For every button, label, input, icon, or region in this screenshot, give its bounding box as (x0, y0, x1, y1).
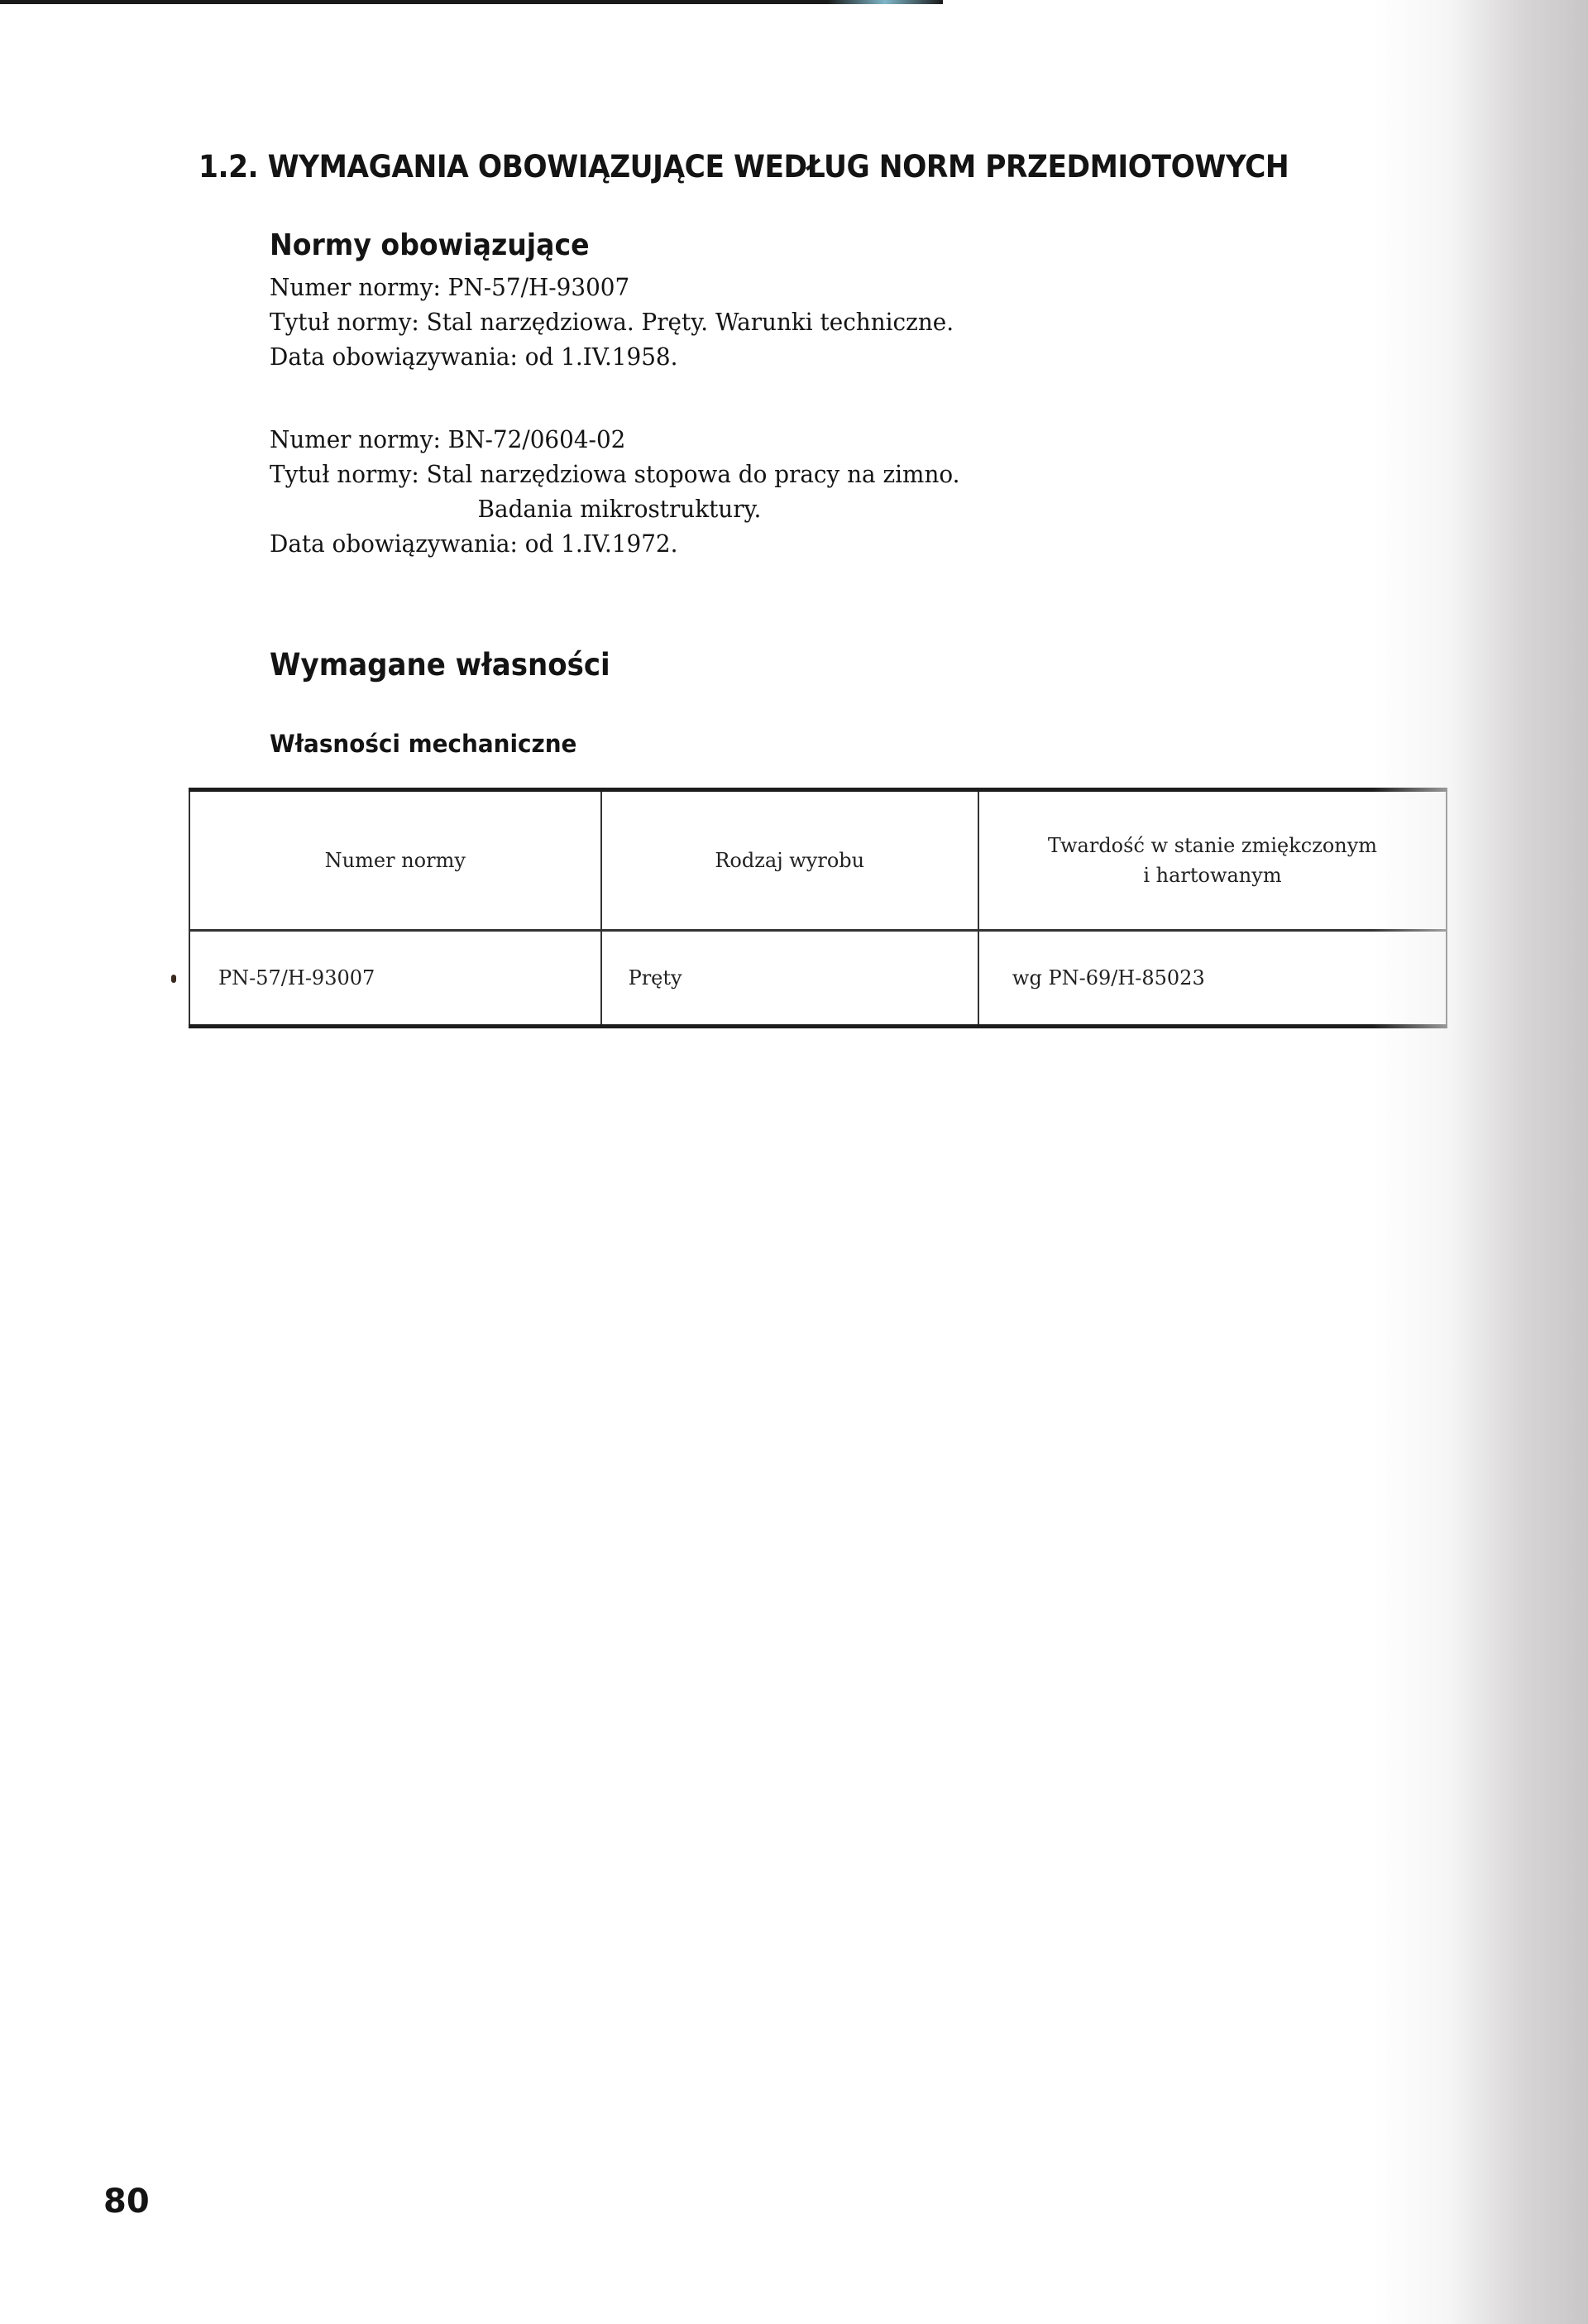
cell-hardness: wg PN-69/H-85023 (978, 931, 1447, 1027)
header-hardness-line-1: Twardość w stanie zmiękczonym (979, 831, 1446, 860)
required-properties-heading: Wymagane własności (270, 647, 610, 683)
header-hardness-line-2: i hartowanym (979, 860, 1446, 890)
norm-title: Tytuł normy: Stal narzędziowa. Pręty. Wa… (270, 304, 954, 339)
norm-title-continuation: Badania mikrostruktury. (270, 491, 959, 526)
norm-title: Tytuł normy: Stal narzędziowa stopowa do… (270, 457, 959, 491)
norms-heading: Normy obowiązujące (270, 228, 590, 262)
table-row: PN-57/H-93007 Pręty wg PN-69/H-85023 (189, 931, 1447, 1027)
header-hardness: Twardość w stanie zmiękczonym i hartowan… (978, 790, 1447, 931)
ink-dot-mark (171, 975, 176, 983)
scan-top-edge (0, 0, 943, 4)
norm-date: Data obowiązywania: od 1.IV.1972. (270, 526, 959, 561)
norm-entry: Numer normy: PN-57/H-93007 Tytuł normy: … (270, 270, 954, 374)
section-title: 1.2. WYMAGANIA OBOWIĄZUJĄCE WEDŁUG NORM … (198, 149, 1289, 184)
norm-entry: Numer normy: BN-72/0604-02 Tytuł normy: … (270, 422, 959, 561)
norm-number: Numer normy: PN-57/H-93007 (270, 270, 954, 304)
page-gutter-shadow (1373, 0, 1588, 2324)
header-product-type: Rodzaj wyrobu (601, 790, 978, 931)
norm-number: Numer normy: BN-72/0604-02 (270, 422, 959, 457)
mechanical-properties-table: Numer normy Rodzaj wyrobu Twardość w sta… (189, 788, 1447, 1028)
page-number: 80 (103, 2183, 150, 2221)
cell-product-type: Pręty (601, 931, 978, 1027)
norm-date: Data obowiązywania: od 1.IV.1958. (270, 339, 954, 374)
mechanical-properties-heading: Własności mechaniczne (270, 730, 576, 758)
cell-norm-number: PN-57/H-93007 (189, 931, 601, 1027)
scan-top-edge-tail (827, 0, 943, 4)
table-header-row: Numer normy Rodzaj wyrobu Twardość w sta… (189, 790, 1447, 931)
header-norm-number: Numer normy (189, 790, 601, 931)
